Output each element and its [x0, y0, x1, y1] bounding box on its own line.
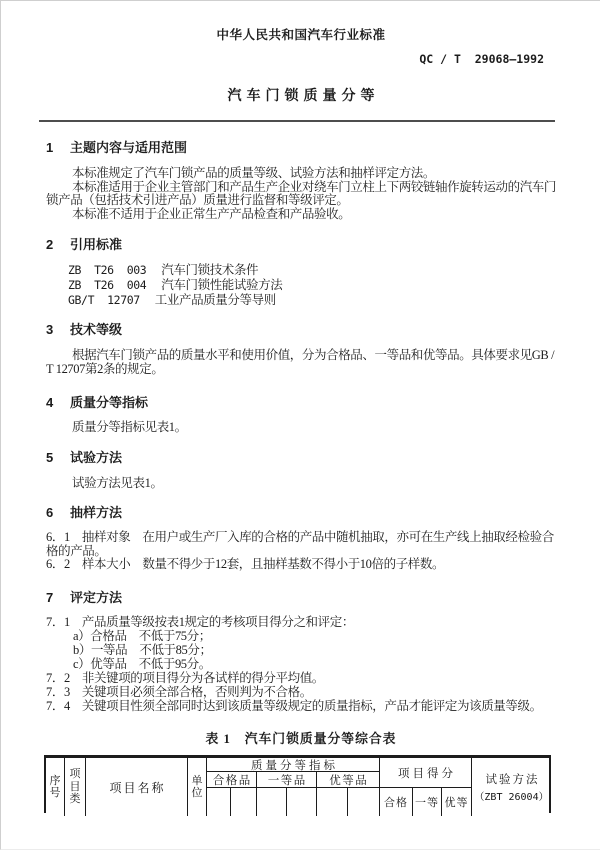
section-1-heading: 1主题内容与适用范围	[46, 140, 558, 155]
th-test-method-line1: 试验方法	[484, 771, 540, 787]
th-grade-first: 一等品	[257, 772, 317, 788]
text-line: 7．2 非关键项的项目得分为各试样的得分平均值。	[46, 671, 558, 685]
th-score-group: 项目得分	[380, 758, 472, 788]
th-test-method-line2: （ZBT 26004）	[474, 788, 548, 803]
standard-org-line: 中华人民共和国汽车行业标准	[1, 25, 600, 43]
empty-subcell	[317, 788, 348, 816]
standard-code: QC / T 29068—1992	[419, 52, 544, 66]
th-seq: 序号	[46, 758, 65, 816]
th-score-premium: 优等	[442, 788, 472, 816]
document-page: 中华人民共和国汽车行业标准 QC / T 29068—1992 汽车门锁质量分等…	[0, 0, 600, 850]
section-number: 7	[46, 590, 70, 605]
th-grade-premium: 优等品	[317, 772, 380, 788]
section-title: 评定方法	[70, 590, 122, 605]
th-quality-group: 质量分等指标	[207, 758, 380, 772]
text-line: 7．3 关键项目必须全部合格，否则判为不合格。	[46, 685, 558, 699]
th-item-name: 项目名称	[86, 758, 188, 816]
reference-line: ZB T26 004汽车门锁性能试验方法	[46, 278, 558, 293]
table1-caption: 表 1 汽车门锁质量分等综合表	[1, 728, 600, 747]
section-number: 3	[46, 322, 70, 337]
table1: 序号 项目类 项目名称 单位 质量分等指标 合格品 一等品 优等品 项目得分 合…	[44, 755, 551, 813]
empty-subcell	[207, 788, 231, 816]
text-line: 6．2 样本大小 数量不得少于12套，且抽样基数不得小于10倍的子样数。	[46, 558, 558, 572]
empty-subcell	[257, 788, 287, 816]
list-item: a）合格品 不低于75分；	[46, 629, 558, 643]
section-title: 技术等级	[70, 322, 122, 337]
text-line: 质量分等指标见表1。	[46, 420, 558, 434]
section-7-heading: 7评定方法	[46, 590, 558, 605]
section-3-body: 根据汽车门锁产品的质量水平和使用价值，分为合格品、一等品和优等品。具体要求见GB…	[46, 348, 558, 376]
section-4-heading: 4质量分等指标	[46, 395, 558, 410]
text-line: 锁产品（包括技术引进产品）质量进行监督和等级评定。	[46, 194, 558, 208]
th-category-label: 项目类	[69, 768, 81, 806]
section-2-body: ZB T26 003汽车门锁技术条件 ZB T26 004汽车门锁性能试验方法 …	[46, 263, 558, 308]
text-line: 7．4 关键项目性须全部同时达到该质量等级规定的质量指标，产品才能评定为该质量等…	[46, 699, 558, 713]
reference-code: ZB T26 004	[68, 278, 146, 292]
section-2-heading: 2引用标准	[46, 237, 558, 252]
section-1-body: 本标准规定了汽车门锁产品的质量等级、试验方法和抽样评定方法。 本标准适用于企业主…	[46, 167, 558, 221]
th-category: 项目类	[65, 758, 86, 816]
section-4-body: 质量分等指标见表1。	[46, 420, 558, 434]
th-grade-pass: 合格品	[207, 772, 257, 788]
empty-subcell	[231, 788, 257, 816]
text-line: 根据汽车门锁产品的质量水平和使用价值，分为合格品、一等品和优等品。具体要求见GB…	[46, 348, 558, 362]
section-6-heading: 6抽样方法	[46, 505, 558, 520]
section-number: 2	[46, 237, 70, 252]
th-seq-label: 序号	[49, 775, 61, 800]
list-item: c）优等品 不低于95分。	[46, 657, 558, 671]
text-line: 本标准规定了汽车门锁产品的质量等级、试验方法和抽样评定方法。	[46, 167, 558, 181]
section-number: 4	[46, 395, 70, 410]
section-number: 5	[46, 450, 70, 465]
text-line: 7．1 产品质量等级按表1规定的考核项目得分之和评定：	[46, 615, 558, 629]
section-title: 引用标准	[70, 237, 122, 252]
reference-name: 工业产品质量分等导则	[155, 293, 276, 307]
section-7-body: 7．1 产品质量等级按表1规定的考核项目得分之和评定： a）合格品 不低于75分…	[46, 615, 558, 713]
reference-name: 汽车门锁技术条件	[161, 263, 258, 277]
list-item: b）一等品 不低于85分；	[46, 643, 558, 657]
th-score-first: 一等	[413, 788, 442, 816]
section-title: 抽样方法	[70, 505, 122, 520]
th-unit-label: 单位	[191, 775, 203, 800]
header-divider	[39, 120, 555, 122]
reference-code: GB/T 12707	[68, 293, 140, 307]
reference-line: GB/T 12707工业产品质量分等导则	[46, 293, 558, 308]
text-line: 6．1 抽样对象 在用户或生产厂入库的合格的产品中随机抽取，亦可在生产线上抽取经…	[46, 531, 558, 545]
reference-line: ZB T26 003汽车门锁技术条件	[46, 263, 558, 278]
text-line: 试验方法见表1。	[46, 476, 558, 490]
document-title: 汽车门锁质量分等	[1, 85, 600, 105]
th-score-pass: 合格	[380, 788, 413, 816]
section-number: 1	[46, 140, 70, 155]
section-number: 6	[46, 505, 70, 520]
section-6-body: 6．1 抽样对象 在用户或生产厂入库的合格的产品中随机抽取，亦可在生产线上抽取经…	[46, 531, 558, 572]
section-3-heading: 3技术等级	[46, 322, 558, 337]
section-title: 质量分等指标	[70, 395, 148, 410]
section-5-body: 试验方法见表1。	[46, 476, 558, 490]
reference-code: ZB T26 003	[68, 263, 146, 277]
reference-name: 汽车门锁性能试验方法	[161, 278, 282, 292]
text-line: 本标准不适用于企业正常生产产品检查和产品验收。	[46, 208, 558, 222]
section-title: 主题内容与适用范围	[70, 140, 187, 155]
text-line: T 12707第2条的规定。	[46, 362, 558, 376]
th-test-method: 试验方法 （ZBT 26004）	[472, 758, 551, 816]
empty-subcell	[348, 788, 380, 816]
th-unit: 单位	[188, 758, 207, 816]
empty-subcell	[287, 788, 317, 816]
section-5-heading: 5试验方法	[46, 450, 558, 465]
section-title: 试验方法	[70, 450, 122, 465]
